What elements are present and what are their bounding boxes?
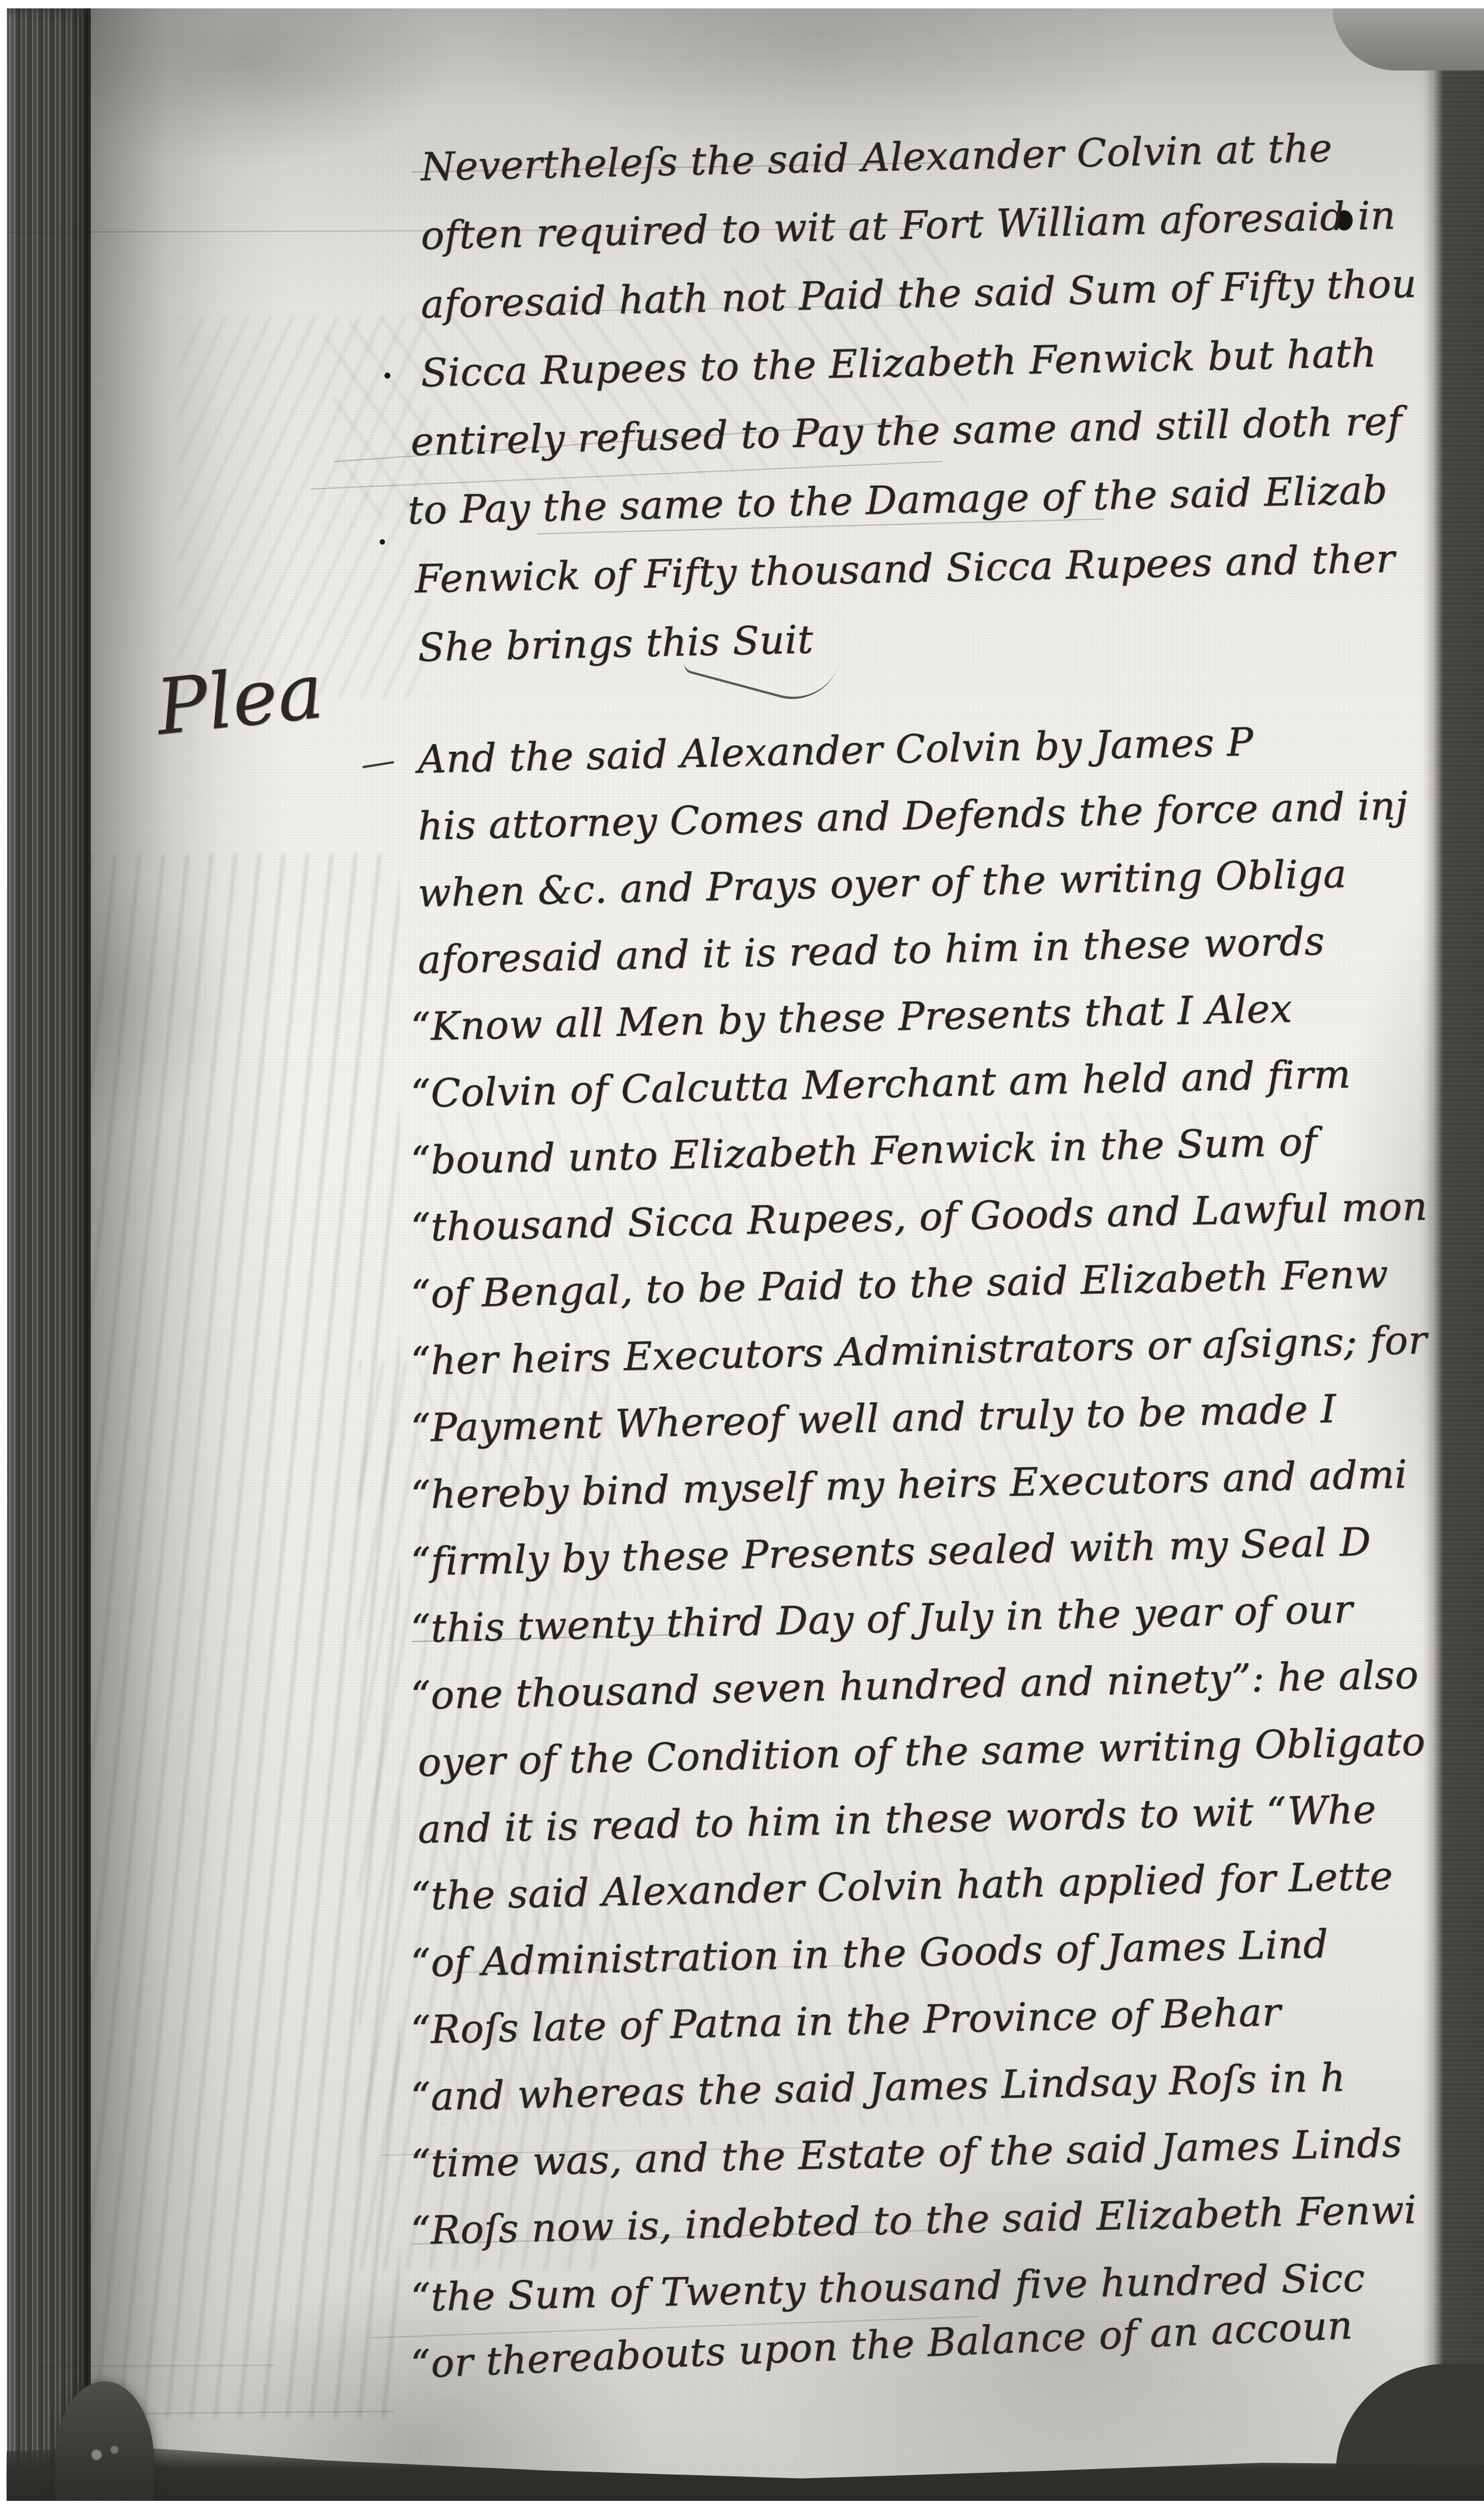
manuscript-scan-page: Plea — Nevertheleſs the said Alexander C… xyxy=(0,0,1484,2508)
book-spine-edge xyxy=(7,8,91,2500)
scan-border-top xyxy=(0,0,1484,8)
scan-border-bottom xyxy=(0,2501,1484,2508)
margin-dash: — xyxy=(358,739,398,785)
scan-right-edge-band xyxy=(1434,0,1484,2508)
scan-border-left xyxy=(0,0,7,2508)
margin-label-plea: Plea xyxy=(153,653,327,746)
ink-blot xyxy=(380,539,385,545)
gutter-shadow xyxy=(91,8,288,2500)
ink-blot xyxy=(384,373,390,379)
